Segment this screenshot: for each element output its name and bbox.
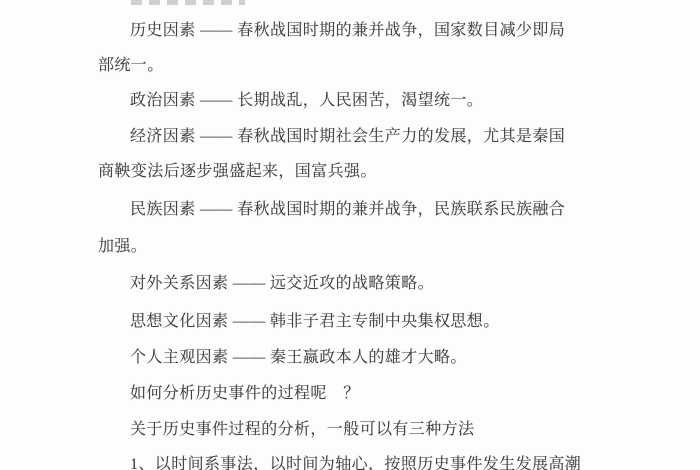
text-line: 经济因素 —— 春秋战国时期社会生产力的发展，尤其是秦国 xyxy=(130,129,565,145)
text-line: 历史因素 —— 春秋战国时期的兼并战争，国家数目减少即局 xyxy=(130,23,565,39)
clipped-line-remnant xyxy=(131,0,245,5)
text-line: 对外关系因素 —— 远交近攻的战略策略。 xyxy=(130,276,434,292)
text-line: 关于历史事件过程的分析，一般可以有三种方法 xyxy=(130,422,474,438)
text-line: 个人主观因素 —— 秦王嬴政本人的雄才大略。 xyxy=(130,350,467,366)
text-line: 商鞅变法后逐步强盛起来，国富兵强。 xyxy=(98,164,377,180)
text-line: 思想文化因素 —— 韩非子君主专制中央集权思想。 xyxy=(130,314,500,330)
document-page: 历史因素 —— 春秋战国时期的兼并战争，国家数目减少即局 部统一。 政治因素 —… xyxy=(0,0,700,470)
text-line: 加强。 xyxy=(98,239,147,255)
text-line: 如何分析历史事件的过程呢 ？ xyxy=(130,386,360,402)
text-line: 政治因素 —— 长期战乱，人民困苦，渴望统一。 xyxy=(130,93,483,109)
text-line: 1、以时间系事法，以时间为轴心，按照历史事件发生发展高潮 xyxy=(130,457,581,470)
text-line: 民族因素 —— 春秋战国时期的兼并战争，民族联系民族融合 xyxy=(130,202,565,218)
text-line: 部统一。 xyxy=(98,58,164,74)
